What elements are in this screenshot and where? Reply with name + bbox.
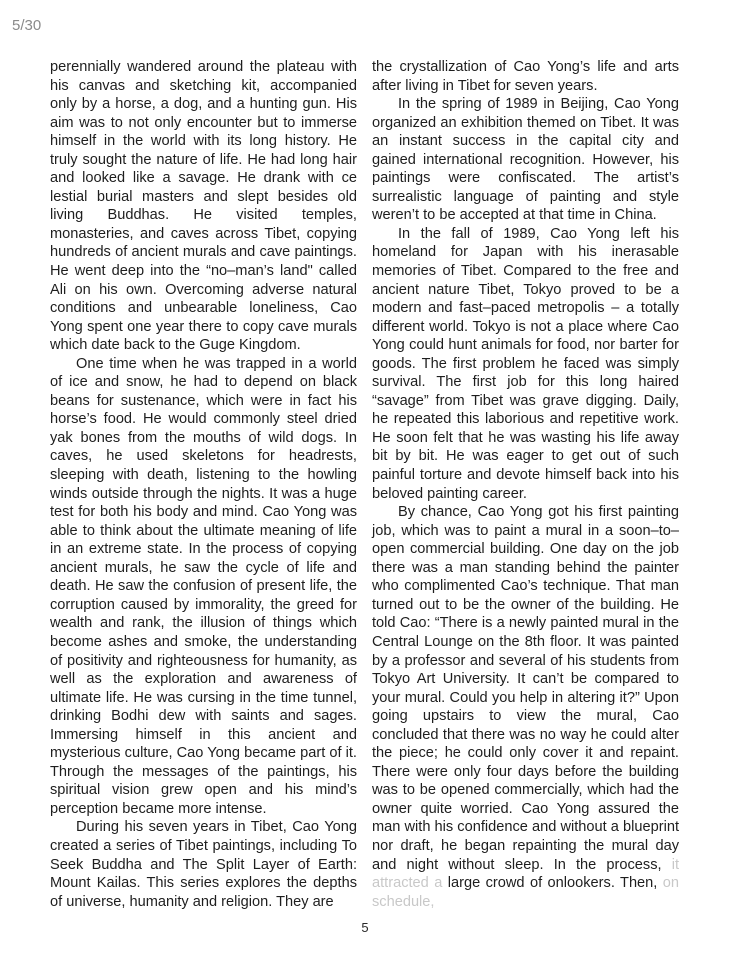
- page-counter: 5/30: [12, 17, 41, 34]
- left-column: perennially wandered around the plateau …: [50, 58, 357, 911]
- paragraph: During his seven years in Tibet, Cao Yon…: [50, 818, 357, 911]
- paragraph: the crystallization of Cao Yong’s life a…: [372, 58, 679, 95]
- page-number: 5: [0, 920, 730, 935]
- paragraph-text: By chance, Cao Yong got his first painti…: [372, 504, 679, 872]
- paragraph: In the spring of 1989 in Beijing, Cao Yo…: [372, 95, 679, 225]
- right-column: the crystallization of Cao Yong’s life a…: [372, 58, 679, 911]
- paragraph: By chance, Cao Yong got his first painti…: [372, 503, 679, 911]
- paragraph: In the fall of 1989, Cao Yong left his h…: [372, 225, 679, 503]
- paragraph: One time when he was trapped in a world …: [50, 355, 357, 819]
- paragraph: perennially wandered around the plateau …: [50, 58, 357, 355]
- paragraph-text: large crowd of onlookers. Then,: [442, 875, 662, 891]
